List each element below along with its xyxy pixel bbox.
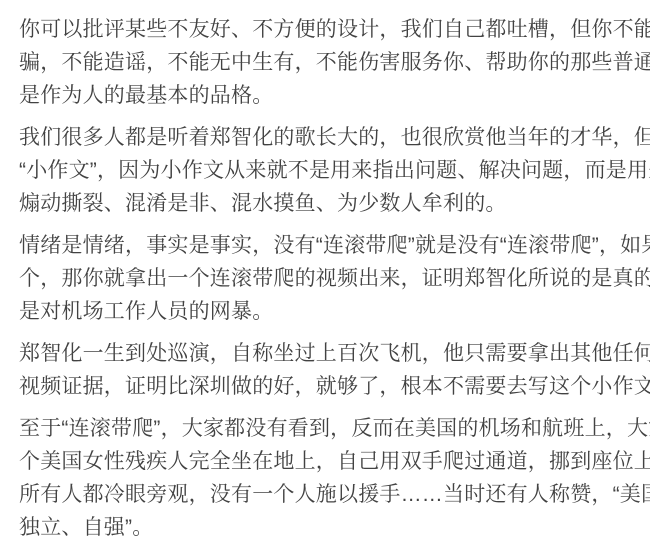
paragraph: 你可以批评某些不友好、不方便的设计，我们自己都吐槽，但你不能撒谎，不能欺骗，不能… [19, 13, 632, 112]
paragraph: 情绪是情绪，事实是事实，没有“连滚带爬”就是没有“连滚带爬”，如果非要争这个，那… [19, 229, 632, 328]
text-line: “小作文”，因为小作文从来就不是用来指出问题、解决问题，而是用来制造对立、 [19, 154, 632, 187]
text-line: 你可以批评某些不友好、不方便的设计，我们自己都吐槽，但你不能撒谎，不能欺 [19, 13, 632, 46]
text-line: 所有人都冷眼旁观，没有一个人施以援手……当时还有人称赞，“美国小姐姐是多么 [19, 478, 632, 511]
text-line: 郑智化一生到处巡演，自称坐过上百次飞机，他只需要拿出其他任何一次坐飞机的 [19, 337, 632, 370]
text-line: 视频证据，证明比深圳做的好，就够了，根本不需要去写这个小作文…… [19, 370, 632, 403]
text-line: 情绪是情绪，事实是事实，没有“连滚带爬”就是没有“连滚带爬”，如果非要争这 [19, 229, 632, 262]
text-line: 我们很多人都是听着郑智化的歌长大的，也很欣赏他当年的才华，但我们非常厌恶 [19, 121, 632, 154]
text-line: 煽动撕裂、混淆是非、混水摸鱼、为少数人牟利的。 [19, 187, 632, 220]
text-line: 骗，不能造谣，不能无中生有，不能伤害服务你、帮助你的那些普通工作人员，这 [19, 46, 632, 79]
text-line: 至于“连滚带爬”，大家都没有看到，反而在美国的机场和航班上，大家看到过，一 [19, 412, 632, 445]
text-line: 个美国女性残疾人完全坐在地上，自己用双手爬过通道，挪到座位上，整个飞机上 [19, 445, 632, 478]
article: 你可以批评某些不友好、不方便的设计，我们自己都吐槽，但你不能撒谎，不能欺骗，不能… [0, 0, 650, 544]
text-line: 是对机场工作人员的网暴。 [19, 295, 632, 328]
paragraph: 郑智化一生到处巡演，自称坐过上百次飞机，他只需要拿出其他任何一次坐飞机的视频证据… [19, 337, 632, 403]
paragraph: 我们很多人都是听着郑智化的歌长大的，也很欣赏他当年的才华，但我们非常厌恶“小作文… [19, 121, 632, 220]
text-line: 独立、自强”。 [19, 511, 632, 544]
text-line: 个，那你就拿出一个连滚带爬的视频出来，证明郑智化所说的是真的……否则，就 [19, 262, 632, 295]
text-line: 是作为人的最基本的品格。 [19, 79, 632, 112]
article-body: 你可以批评某些不友好、不方便的设计，我们自己都吐槽，但你不能撒谎，不能欺骗，不能… [19, 13, 632, 544]
paragraph: 至于“连滚带爬”，大家都没有看到，反而在美国的机场和航班上，大家看到过，一个美国… [19, 412, 632, 544]
